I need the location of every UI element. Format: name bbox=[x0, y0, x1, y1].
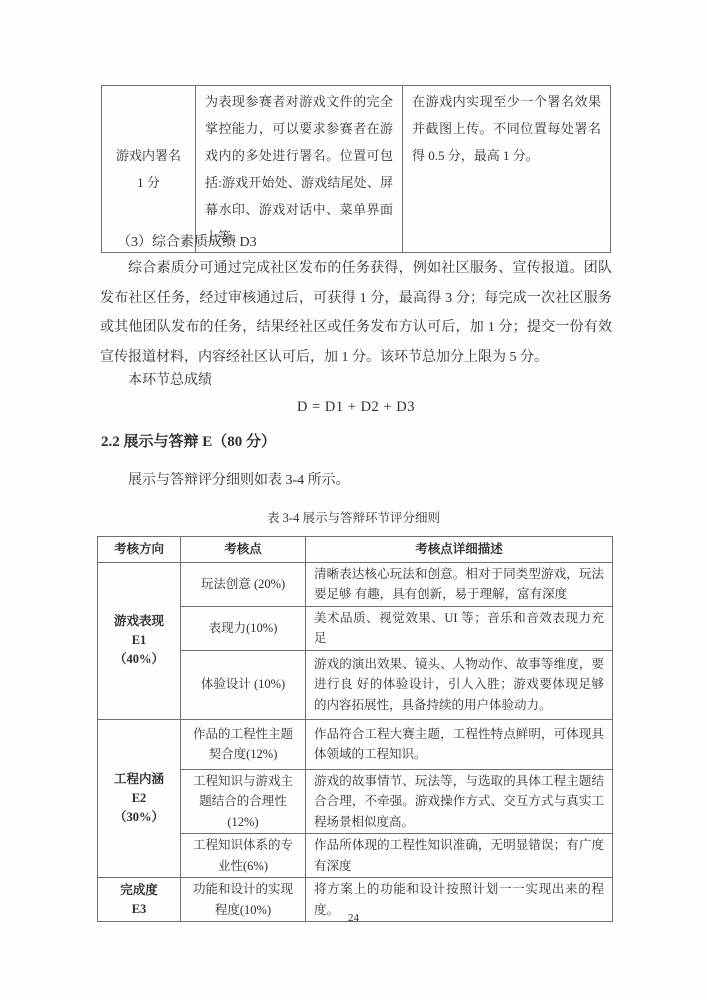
direction-line: 工程内涵 bbox=[100, 770, 178, 789]
description-cell: 游戏的演出效果、镜头、人物动作、故事等维度，要进行良 好的体验设计，引人入胜；游… bbox=[306, 650, 613, 719]
table-header-row: 考核方向 考核点 考核点详细描述 bbox=[98, 537, 613, 563]
header-direction: 考核方向 bbox=[98, 537, 181, 563]
item-scoring-cell: 在游戏内实现至少一个署名效果并截图上传。不同位置每处署名得 0.5 分，最高 1… bbox=[403, 86, 611, 253]
point-cell: 工程知识体系的专业性(6%) bbox=[181, 834, 306, 878]
item-name: 游戏内署名 bbox=[106, 142, 191, 169]
table-caption: 表 3-4 展示与答辩环节评分细则 bbox=[0, 508, 707, 526]
item-score: 1 分 bbox=[106, 169, 191, 196]
description-cell: 作品符合工程大赛主题，工程性特点鲜明，可体现具体领域的工程知识。 bbox=[306, 719, 613, 769]
paragraph-intro: 展示与答辩评分细则如表 3-4 所示。 bbox=[100, 469, 350, 489]
direction-cell-e2: 工程内涵 E2 （30%） bbox=[98, 719, 181, 878]
table-row: 游戏表现 E1 （40%） 玩法创意 (20%) 清晰表达核心玩法和创意。相对于… bbox=[98, 562, 613, 606]
table-row: 工程内涵 E2 （30%） 作品的工程性主题契合度(12%) 作品符合工程大赛主… bbox=[98, 719, 613, 769]
description-cell: 游戏的故事情节、玩法等，与选取的具体工程主题结合合理，不牵强。游戏操作方式、交互… bbox=[306, 769, 613, 834]
point-cell: 表现力(10%) bbox=[181, 606, 306, 650]
formula-d: D = D1 + D2 + D3 bbox=[100, 399, 612, 416]
table-row: 游戏内署名 1 分 为表现参赛者对游戏文件的完全掌控能力，可以要求参赛者在游戏内… bbox=[102, 86, 611, 253]
description-cell: 清晰表达核心玩法和创意。相对于同类型游戏，玩法要足够 有趣，具有创新，易于理解，… bbox=[306, 562, 613, 606]
point-cell: 作品的工程性主题契合度(12%) bbox=[181, 719, 306, 769]
description-cell: 作品所体现的工程性知识准确，无明显错误；有广度有深度 bbox=[306, 834, 613, 878]
direction-cell-e1: 游戏表现 E1 （40%） bbox=[98, 562, 181, 719]
document-page: 游戏内署名 1 分 为表现参赛者对游戏文件的完全掌控能力，可以要求参赛者在游戏内… bbox=[0, 0, 707, 1000]
direction-line: E1 bbox=[100, 631, 178, 650]
point-cell: 体验设计 (10%) bbox=[181, 650, 306, 719]
paragraph-total-score: 本环节总成绩 bbox=[100, 369, 212, 389]
paragraph-d3: 综合素质分可通过完成社区发布的任务获得，例如社区服务、宣传报道。团队发布社区任务… bbox=[100, 254, 612, 372]
page-number: 24 bbox=[0, 912, 707, 924]
subsection-heading-d3: （3）综合素质成绩 D3 bbox=[117, 231, 257, 251]
direction-line: E2 bbox=[100, 789, 178, 808]
point-cell: 工程知识与游戏主题结合的合理性(12%) bbox=[181, 769, 306, 834]
direction-line: 完成度 bbox=[100, 881, 178, 900]
item-cell: 游戏内署名 1 分 bbox=[102, 86, 196, 253]
direction-line: 游戏表现 bbox=[100, 612, 178, 631]
signature-score-table: 游戏内署名 1 分 为表现参赛者对游戏文件的完全掌控能力，可以要求参赛者在游戏内… bbox=[101, 85, 611, 253]
point-cell: 玩法创意 (20%) bbox=[181, 562, 306, 606]
description-cell: 美术品质、视觉效果、UI 等；音乐和音效表现力充足 bbox=[306, 606, 613, 650]
direction-line: （40%） bbox=[100, 650, 178, 669]
header-description: 考核点详细描述 bbox=[306, 537, 613, 563]
table-3-4: 考核方向 考核点 考核点详细描述 游戏表现 E1 （40%） 玩法创意 (20%… bbox=[97, 536, 613, 922]
item-method-cell: 为表现参赛者对游戏文件的完全掌控能力，可以要求参赛者在游戏内的多处进行署名。位置… bbox=[196, 86, 403, 253]
header-point: 考核点 bbox=[181, 537, 306, 563]
direction-line: （30%） bbox=[100, 808, 178, 827]
section-heading-2-2: 2.2 展示与答辩 E（80 分） bbox=[101, 430, 276, 451]
